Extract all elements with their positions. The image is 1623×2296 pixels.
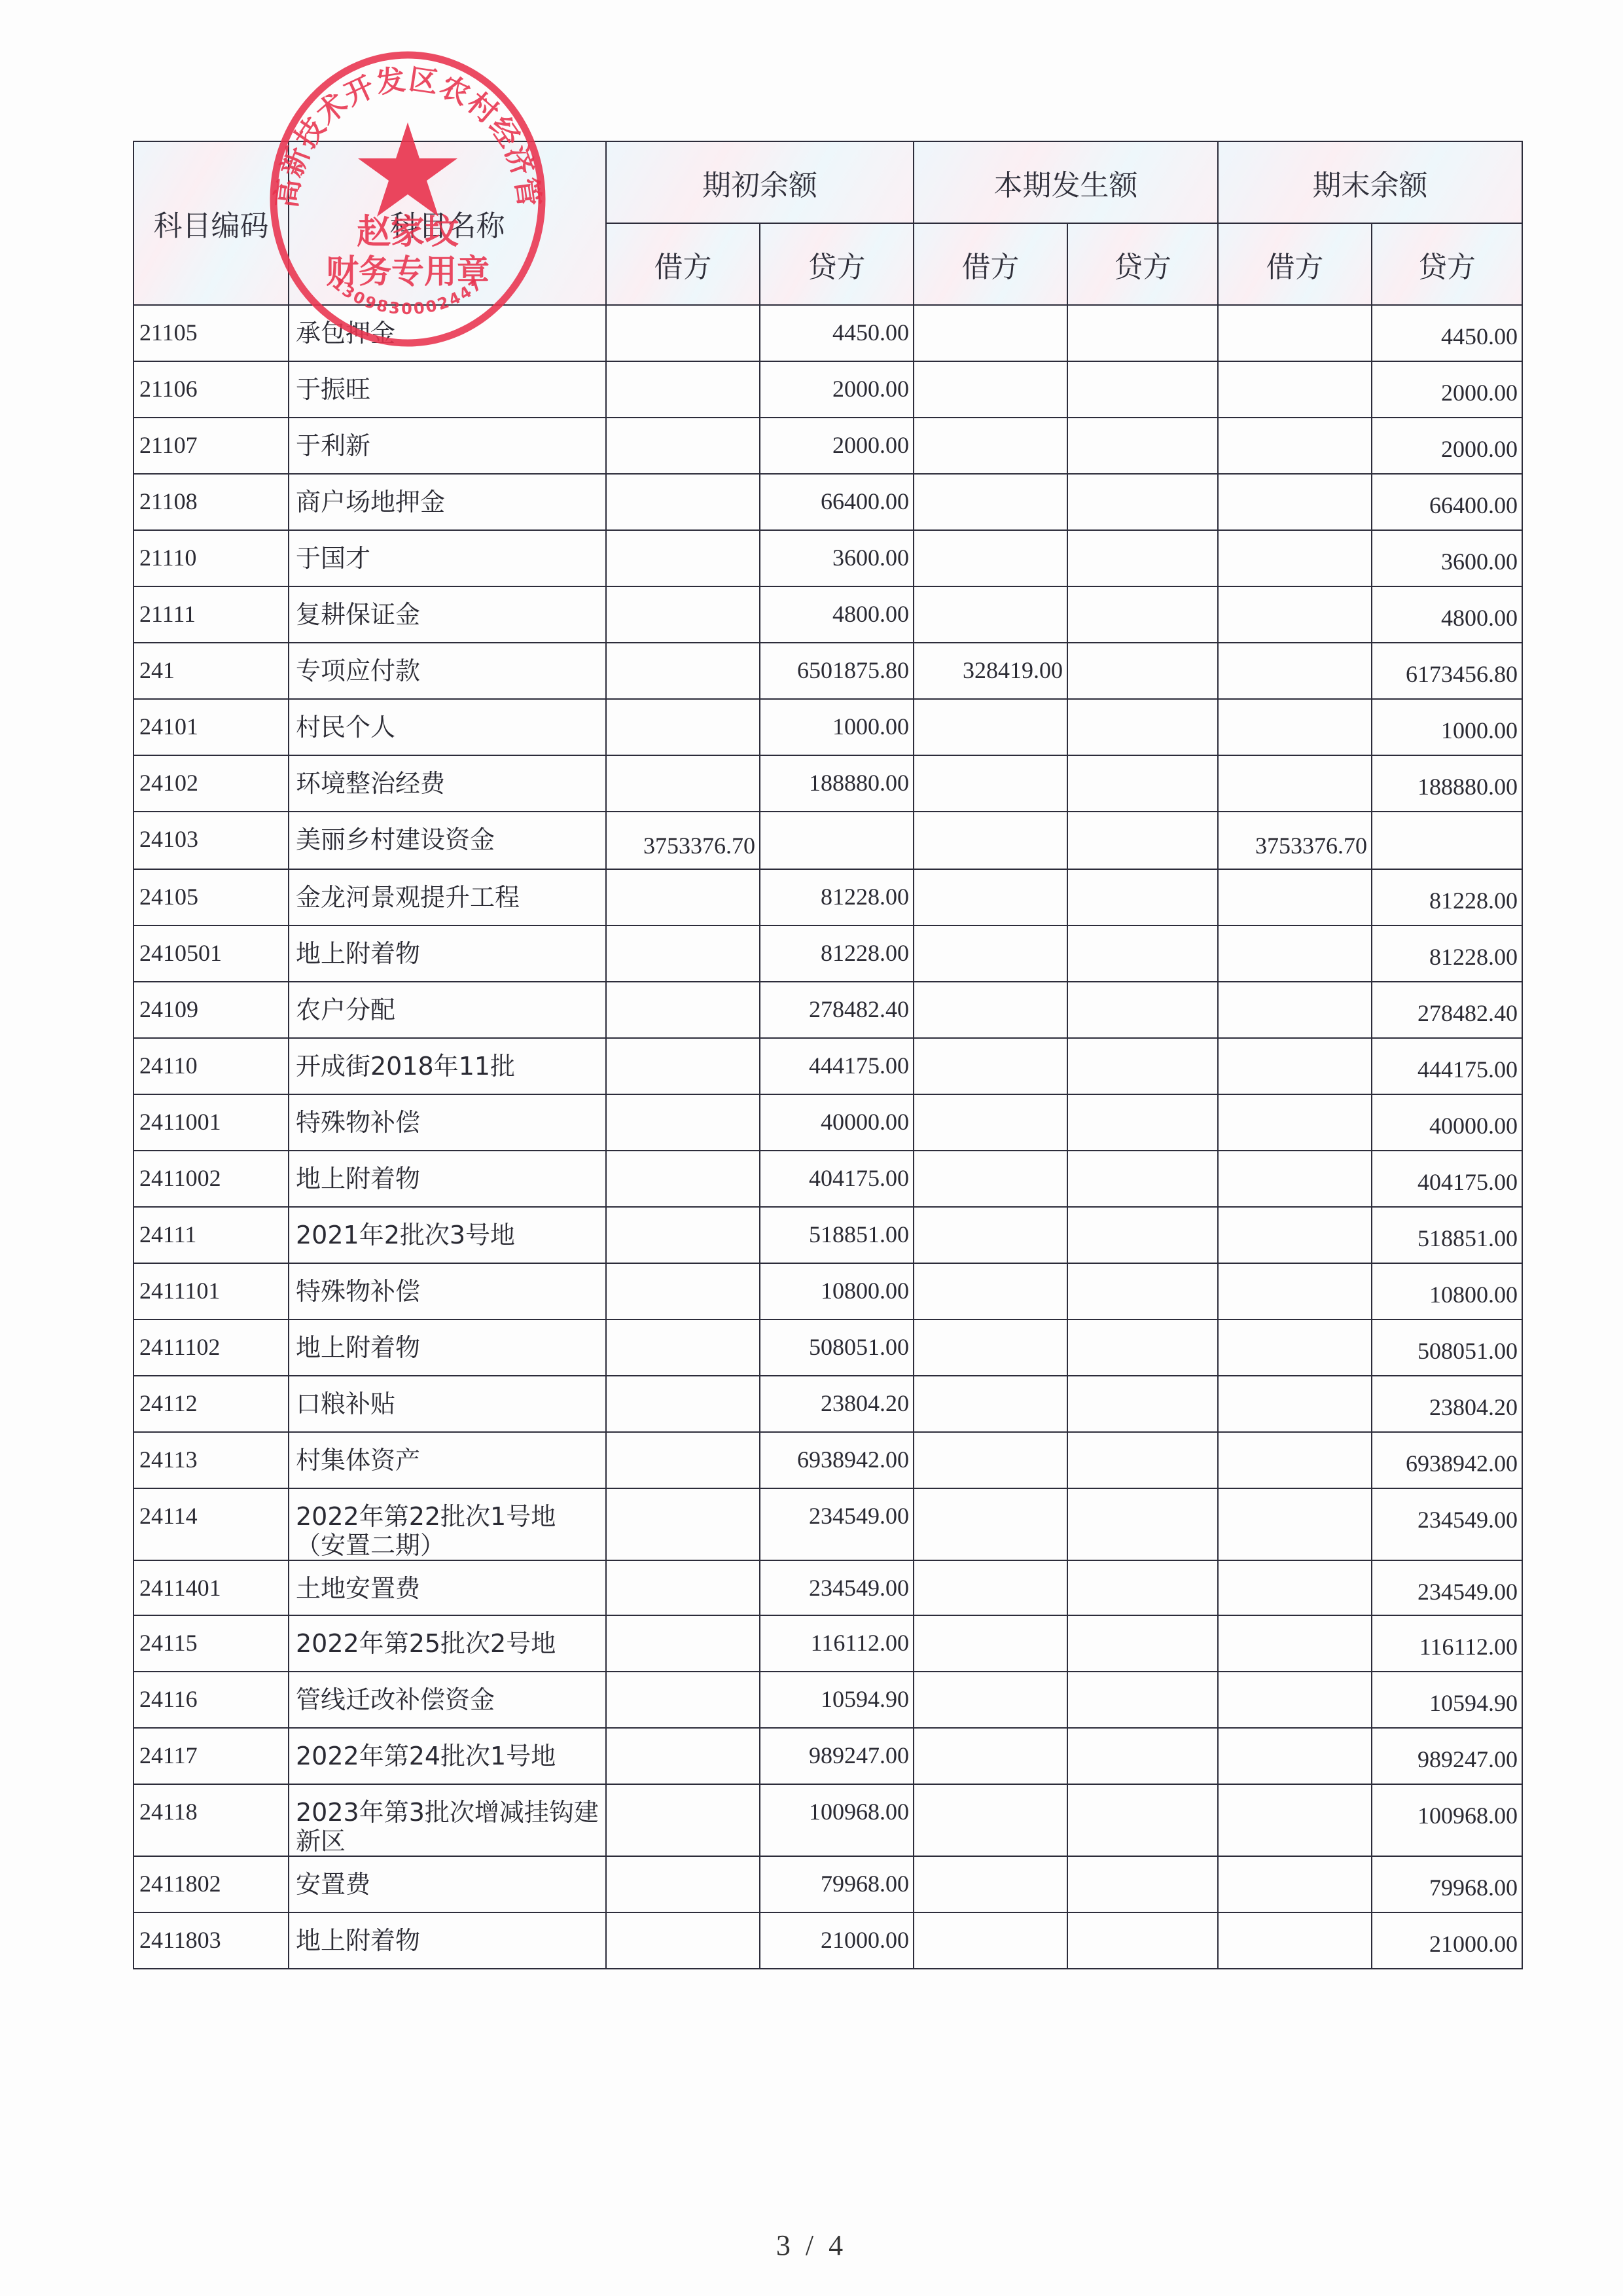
cur-dr-amount [914, 1151, 1067, 1207]
open-dr-amount [606, 699, 760, 755]
close-dr-amount [1218, 1263, 1372, 1319]
header-opening-credit: 贷方 [760, 223, 914, 305]
cur-cr-amount [1067, 755, 1218, 812]
open-cr-amount: 2000.00 [760, 361, 914, 418]
table-row: 2411002地上附着物404175.00404175.00 [134, 1151, 1522, 1207]
cur-dr-amount [914, 1432, 1067, 1488]
close-cr-amount: 989247.00 [1372, 1728, 1522, 1784]
table-row: 241142022年第22批次1号地（安置二期）234549.00234549.… [134, 1488, 1522, 1560]
open-cr-amount: 2000.00 [760, 418, 914, 474]
cur-dr-amount: 328419.00 [914, 643, 1067, 699]
open-cr-amount: 10594.90 [760, 1672, 914, 1728]
cur-dr-amount [914, 1376, 1067, 1432]
open-cr-amount: 508051.00 [760, 1319, 914, 1376]
close-cr-amount: 100968.00 [1372, 1784, 1522, 1856]
cur-dr-amount [914, 1728, 1067, 1784]
close-dr-amount [1218, 1560, 1372, 1615]
close-dr-amount [1218, 361, 1372, 418]
close-dr-amount [1218, 418, 1372, 474]
close-cr-amount: 518851.00 [1372, 1207, 1522, 1263]
table-row: 2410501地上附着物81228.0081228.00 [134, 925, 1522, 982]
open-cr-amount: 10800.00 [760, 1263, 914, 1319]
account-code: 24102 [134, 755, 289, 812]
table-row: 24103美丽乡村建设资金3753376.703753376.70 [134, 812, 1522, 869]
close-dr-amount [1218, 586, 1372, 643]
close-dr-amount [1218, 1488, 1372, 1560]
table-row: 241专项应付款6501875.80328419.006173456.80 [134, 643, 1522, 699]
header-closing-credit: 贷方 [1372, 223, 1522, 305]
table-row: 24110开成街2018年11批444175.00444175.00 [134, 1038, 1522, 1094]
close-dr-amount [1218, 1319, 1372, 1376]
account-code: 21106 [134, 361, 289, 418]
cur-cr-amount [1067, 1432, 1218, 1488]
open-dr-amount [606, 530, 760, 586]
cur-cr-amount [1067, 361, 1218, 418]
account-name: 环境整治经费 [289, 755, 606, 812]
open-cr-amount: 6501875.80 [760, 643, 914, 699]
account-code: 21105 [134, 305, 289, 361]
cur-dr-amount [914, 982, 1067, 1038]
cur-cr-amount [1067, 1672, 1218, 1728]
close-dr-amount [1218, 1615, 1372, 1672]
header-account-name: 科目名称 [289, 141, 606, 305]
open-cr-amount: 100968.00 [760, 1784, 914, 1856]
close-dr-amount [1218, 925, 1372, 982]
table-row: 2411101特殊物补偿10800.0010800.00 [134, 1263, 1522, 1319]
account-code: 2411002 [134, 1151, 289, 1207]
close-cr-amount: 188880.00 [1372, 755, 1522, 812]
table-row: 241172022年第24批次1号地989247.00989247.00 [134, 1728, 1522, 1784]
cur-cr-amount [1067, 869, 1218, 925]
open-cr-amount: 40000.00 [760, 1094, 914, 1151]
close-cr-amount: 116112.00 [1372, 1615, 1522, 1672]
close-cr-amount: 234549.00 [1372, 1488, 1522, 1560]
account-code: 21111 [134, 586, 289, 643]
cur-dr-amount [914, 1672, 1067, 1728]
account-name: 2022年第24批次1号地 [289, 1728, 606, 1784]
close-cr-amount: 278482.40 [1372, 982, 1522, 1038]
open-dr-amount [606, 1488, 760, 1560]
cur-dr-amount [914, 812, 1067, 869]
open-cr-amount: 81228.00 [760, 925, 914, 982]
account-name: 特殊物补偿 [289, 1263, 606, 1319]
open-dr-amount [606, 1038, 760, 1094]
account-name: 土地安置费 [289, 1560, 606, 1615]
account-name: 开成街2018年11批 [289, 1038, 606, 1094]
open-cr-amount: 79968.00 [760, 1856, 914, 1912]
cur-cr-amount [1067, 1784, 1218, 1856]
account-name: 金龙河景观提升工程 [289, 869, 606, 925]
account-name: 承包押金 [289, 305, 606, 361]
open-dr-amount [606, 1856, 760, 1912]
close-cr-amount: 10800.00 [1372, 1263, 1522, 1319]
close-cr-amount: 6938942.00 [1372, 1432, 1522, 1488]
open-dr-amount [606, 1912, 760, 1969]
open-cr-amount [760, 812, 914, 869]
table-row: 21110于国才3600.003600.00 [134, 530, 1522, 586]
cur-cr-amount [1067, 925, 1218, 982]
account-name: 商户场地押金 [289, 474, 606, 530]
close-dr-amount [1218, 699, 1372, 755]
account-code: 21108 [134, 474, 289, 530]
account-code: 24116 [134, 1672, 289, 1728]
open-cr-amount: 518851.00 [760, 1207, 914, 1263]
close-dr-amount [1218, 1672, 1372, 1728]
account-name: 地上附着物 [289, 1151, 606, 1207]
table-row: 24101村民个人1000.001000.00 [134, 699, 1522, 755]
account-code: 2411001 [134, 1094, 289, 1151]
account-code: 2411101 [134, 1263, 289, 1319]
close-dr-amount [1218, 1376, 1372, 1432]
account-name: 于利新 [289, 418, 606, 474]
close-dr-amount [1218, 1912, 1372, 1969]
account-name: 口粮补贴 [289, 1376, 606, 1432]
open-cr-amount: 234549.00 [760, 1560, 914, 1615]
cur-dr-amount [914, 1488, 1067, 1560]
cur-dr-amount [914, 1912, 1067, 1969]
open-cr-amount: 66400.00 [760, 474, 914, 530]
cur-dr-amount [914, 361, 1067, 418]
header-current-period: 本期发生额 [914, 141, 1218, 223]
close-cr-amount: 79968.00 [1372, 1856, 1522, 1912]
cur-dr-amount [914, 1615, 1067, 1672]
open-dr-amount: 3753376.70 [606, 812, 760, 869]
cur-cr-amount [1067, 1728, 1218, 1784]
account-name: 2022年第25批次2号地 [289, 1615, 606, 1672]
account-code: 2411802 [134, 1856, 289, 1912]
cur-dr-amount [914, 1784, 1067, 1856]
table-row: 24105金龙河景观提升工程81228.0081228.00 [134, 869, 1522, 925]
table-row: 24109农户分配278482.40278482.40 [134, 982, 1522, 1038]
cur-dr-amount [914, 1560, 1067, 1615]
cur-dr-amount [914, 586, 1067, 643]
account-code: 2411803 [134, 1912, 289, 1969]
ledger-body: 21105承包押金4450.004450.0021106于振旺2000.0020… [134, 305, 1522, 1969]
document-page: 科目编码 科目名称 期初余额 本期发生额 期末余额 借方 贷方 借方 贷方 借方… [0, 0, 1623, 2296]
open-dr-amount [606, 1784, 760, 1856]
open-dr-amount [606, 1728, 760, 1784]
open-cr-amount: 21000.00 [760, 1912, 914, 1969]
account-name: 2022年第22批次1号地（安置二期） [289, 1488, 606, 1560]
header-account-code: 科目编码 [134, 141, 289, 305]
cur-dr-amount [914, 1038, 1067, 1094]
cur-cr-amount [1067, 530, 1218, 586]
open-cr-amount: 6938942.00 [760, 1432, 914, 1488]
open-dr-amount [606, 869, 760, 925]
close-dr-amount [1218, 1207, 1372, 1263]
cur-cr-amount [1067, 1615, 1218, 1672]
table-row: 24113村集体资产6938942.006938942.00 [134, 1432, 1522, 1488]
close-dr-amount [1218, 474, 1372, 530]
cur-dr-amount [914, 755, 1067, 812]
table-row: 21106于振旺2000.002000.00 [134, 361, 1522, 418]
cur-cr-amount [1067, 1319, 1218, 1376]
close-dr-amount [1218, 755, 1372, 812]
cur-cr-amount [1067, 982, 1218, 1038]
account-name: 管线迁改补偿资金 [289, 1672, 606, 1728]
open-dr-amount [606, 755, 760, 812]
cur-cr-amount [1067, 812, 1218, 869]
table-row: 241182023年第3批次增减挂钩建新区100968.00100968.00 [134, 1784, 1522, 1856]
cur-cr-amount [1067, 474, 1218, 530]
account-name: 专项应付款 [289, 643, 606, 699]
open-cr-amount: 116112.00 [760, 1615, 914, 1672]
close-dr-amount [1218, 643, 1372, 699]
header-opening-debit: 借方 [606, 223, 760, 305]
account-name: 村民个人 [289, 699, 606, 755]
open-cr-amount: 81228.00 [760, 869, 914, 925]
close-dr-amount [1218, 1856, 1372, 1912]
open-dr-amount [606, 1432, 760, 1488]
open-dr-amount [606, 586, 760, 643]
cur-cr-amount [1067, 586, 1218, 643]
cur-dr-amount [914, 869, 1067, 925]
close-cr-amount: 508051.00 [1372, 1319, 1522, 1376]
cur-dr-amount [914, 305, 1067, 361]
cur-dr-amount [914, 1207, 1067, 1263]
close-dr-amount [1218, 1094, 1372, 1151]
account-code: 24105 [134, 869, 289, 925]
header-opening-balance: 期初余额 [606, 141, 914, 223]
open-dr-amount [606, 1615, 760, 1672]
close-cr-amount: 10594.90 [1372, 1672, 1522, 1728]
close-cr-amount: 23804.20 [1372, 1376, 1522, 1432]
cur-dr-amount [914, 1856, 1067, 1912]
account-name: 于国才 [289, 530, 606, 586]
cur-cr-amount [1067, 699, 1218, 755]
close-dr-amount [1218, 1784, 1372, 1856]
account-code: 24111 [134, 1207, 289, 1263]
account-name: 地上附着物 [289, 1319, 606, 1376]
header-current-credit: 贷方 [1067, 223, 1218, 305]
account-code: 24115 [134, 1615, 289, 1672]
close-cr-amount: 40000.00 [1372, 1094, 1522, 1151]
table-row: 24116管线迁改补偿资金10594.9010594.90 [134, 1672, 1522, 1728]
close-dr-amount [1218, 530, 1372, 586]
account-code: 241 [134, 643, 289, 699]
page-number: 3 / 4 [0, 2229, 1623, 2262]
close-cr-amount [1372, 812, 1522, 869]
table-row: 24112口粮补贴23804.2023804.20 [134, 1376, 1522, 1432]
account-code: 2410501 [134, 925, 289, 982]
open-dr-amount [606, 1376, 760, 1432]
cur-dr-amount [914, 418, 1067, 474]
cur-cr-amount [1067, 1488, 1218, 1560]
account-name: 2023年第3批次增减挂钩建新区 [289, 1784, 606, 1856]
open-cr-amount: 3600.00 [760, 530, 914, 586]
open-dr-amount [606, 643, 760, 699]
account-name: 特殊物补偿 [289, 1094, 606, 1151]
cur-cr-amount [1067, 1856, 1218, 1912]
account-name: 美丽乡村建设资金 [289, 812, 606, 869]
account-code: 24113 [134, 1432, 289, 1488]
cur-cr-amount [1067, 1560, 1218, 1615]
table-row: 241152022年第25批次2号地116112.00116112.00 [134, 1615, 1522, 1672]
open-dr-amount [606, 925, 760, 982]
close-dr-amount [1218, 1728, 1372, 1784]
account-code: 21107 [134, 418, 289, 474]
table-row: 241112021年2批次3号地518851.00518851.00 [134, 1207, 1522, 1263]
account-name: 于振旺 [289, 361, 606, 418]
open-dr-amount [606, 1319, 760, 1376]
open-dr-amount [606, 361, 760, 418]
close-dr-amount [1218, 982, 1372, 1038]
cur-cr-amount [1067, 1151, 1218, 1207]
header-current-debit: 借方 [914, 223, 1067, 305]
cur-dr-amount [914, 1319, 1067, 1376]
close-dr-amount [1218, 869, 1372, 925]
close-cr-amount: 81228.00 [1372, 925, 1522, 982]
open-cr-amount: 4450.00 [760, 305, 914, 361]
close-dr-amount [1218, 1432, 1372, 1488]
close-cr-amount: 444175.00 [1372, 1038, 1522, 1094]
table-row: 21105承包押金4450.004450.00 [134, 305, 1522, 361]
open-dr-amount [606, 982, 760, 1038]
open-dr-amount [606, 305, 760, 361]
cur-dr-amount [914, 925, 1067, 982]
open-cr-amount: 4800.00 [760, 586, 914, 643]
table-row: 21111复耕保证金4800.004800.00 [134, 586, 1522, 643]
table-row: 2411001特殊物补偿40000.0040000.00 [134, 1094, 1522, 1151]
account-name: 农户分配 [289, 982, 606, 1038]
close-cr-amount: 234549.00 [1372, 1560, 1522, 1615]
open-dr-amount [606, 418, 760, 474]
cur-cr-amount [1067, 418, 1218, 474]
account-code: 24109 [134, 982, 289, 1038]
table-row: 2411803地上附着物21000.0021000.00 [134, 1912, 1522, 1969]
account-name: 地上附着物 [289, 1912, 606, 1969]
close-cr-amount: 4450.00 [1372, 305, 1522, 361]
table-row: 21107于利新2000.002000.00 [134, 418, 1522, 474]
close-cr-amount: 21000.00 [1372, 1912, 1522, 1969]
account-code: 24117 [134, 1728, 289, 1784]
close-cr-amount: 3600.00 [1372, 530, 1522, 586]
close-cr-amount: 1000.00 [1372, 699, 1522, 755]
cur-dr-amount [914, 474, 1067, 530]
close-cr-amount: 4800.00 [1372, 586, 1522, 643]
open-dr-amount [606, 1151, 760, 1207]
open-cr-amount: 1000.00 [760, 699, 914, 755]
close-cr-amount: 81228.00 [1372, 869, 1522, 925]
account-name: 2021年2批次3号地 [289, 1207, 606, 1263]
table-row: 2411401土地安置费234549.00234549.00 [134, 1560, 1522, 1615]
open-cr-amount: 23804.20 [760, 1376, 914, 1432]
open-cr-amount: 989247.00 [760, 1728, 914, 1784]
open-cr-amount: 234549.00 [760, 1488, 914, 1560]
open-dr-amount [606, 1672, 760, 1728]
account-code: 24114 [134, 1488, 289, 1560]
cur-cr-amount [1067, 305, 1218, 361]
cur-cr-amount [1067, 1263, 1218, 1319]
cur-dr-amount [914, 699, 1067, 755]
account-code: 24112 [134, 1376, 289, 1432]
open-cr-amount: 404175.00 [760, 1151, 914, 1207]
close-cr-amount: 2000.00 [1372, 418, 1522, 474]
close-cr-amount: 2000.00 [1372, 361, 1522, 418]
cur-cr-amount [1067, 643, 1218, 699]
close-cr-amount: 66400.00 [1372, 474, 1522, 530]
close-dr-amount [1218, 1038, 1372, 1094]
table-row: 24102环境整治经费188880.00188880.00 [134, 755, 1522, 812]
close-dr-amount: 3753376.70 [1218, 812, 1372, 869]
table-row: 2411102地上附着物508051.00508051.00 [134, 1319, 1522, 1376]
close-dr-amount [1218, 1151, 1372, 1207]
account-name: 复耕保证金 [289, 586, 606, 643]
cur-cr-amount [1067, 1912, 1218, 1969]
open-dr-amount [606, 474, 760, 530]
cur-dr-amount [914, 530, 1067, 586]
cur-cr-amount [1067, 1207, 1218, 1263]
account-code: 24118 [134, 1784, 289, 1856]
close-cr-amount: 404175.00 [1372, 1151, 1522, 1207]
header-closing-debit: 借方 [1218, 223, 1372, 305]
ledger-table: 科目编码 科目名称 期初余额 本期发生额 期末余额 借方 贷方 借方 贷方 借方… [133, 141, 1523, 1969]
account-name: 安置费 [289, 1856, 606, 1912]
account-code: 21110 [134, 530, 289, 586]
close-cr-amount: 6173456.80 [1372, 643, 1522, 699]
account-code: 2411401 [134, 1560, 289, 1615]
account-code: 2411102 [134, 1319, 289, 1376]
open-cr-amount: 444175.00 [760, 1038, 914, 1094]
cur-dr-amount [914, 1094, 1067, 1151]
cur-cr-amount [1067, 1376, 1218, 1432]
table-row: 21108商户场地押金66400.0066400.00 [134, 474, 1522, 530]
account-name: 地上附着物 [289, 925, 606, 982]
table-row: 2411802安置费79968.0079968.00 [134, 1856, 1522, 1912]
open-dr-amount [606, 1263, 760, 1319]
open-dr-amount [606, 1094, 760, 1151]
open-cr-amount: 188880.00 [760, 755, 914, 812]
open-dr-amount [606, 1207, 760, 1263]
cur-cr-amount [1067, 1038, 1218, 1094]
account-name: 村集体资产 [289, 1432, 606, 1488]
cur-cr-amount [1067, 1094, 1218, 1151]
header-closing-balance: 期末余额 [1218, 141, 1522, 223]
close-dr-amount [1218, 305, 1372, 361]
account-code: 24103 [134, 812, 289, 869]
account-code: 24110 [134, 1038, 289, 1094]
cur-dr-amount [914, 1263, 1067, 1319]
open-cr-amount: 278482.40 [760, 982, 914, 1038]
account-code: 24101 [134, 699, 289, 755]
open-dr-amount [606, 1560, 760, 1615]
